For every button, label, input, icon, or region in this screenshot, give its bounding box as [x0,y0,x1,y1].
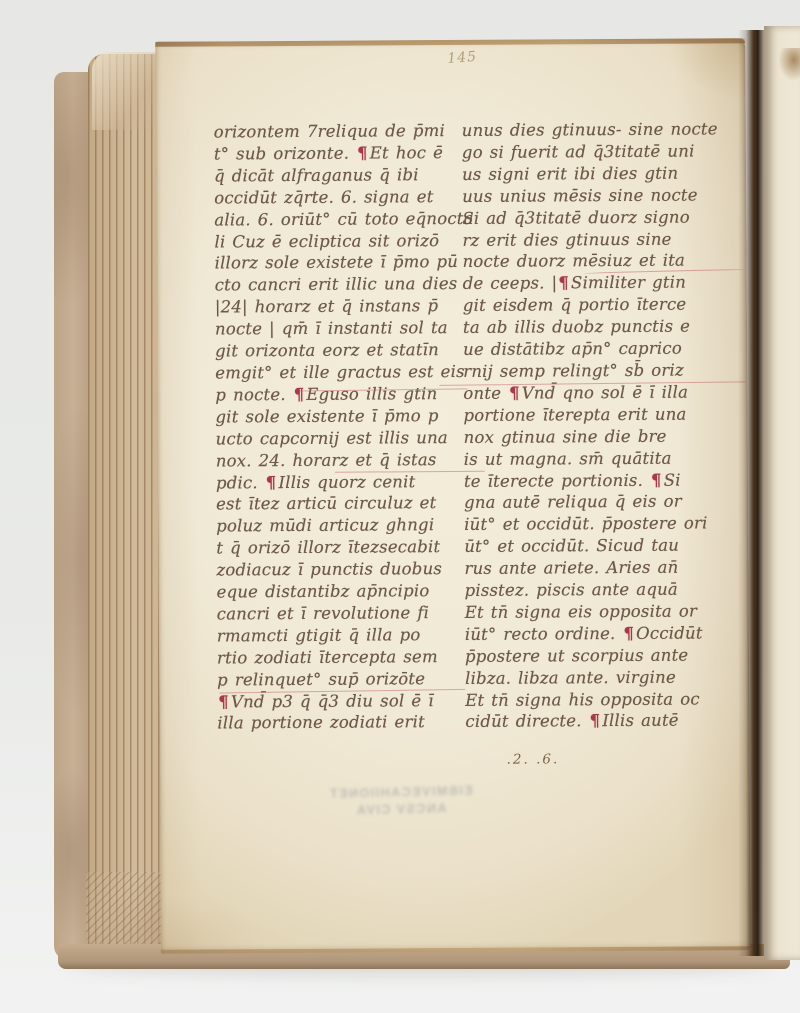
rubric-pilcrow-mark: ¶ [590,712,601,731]
rubric-pilcrow-mark: ¶ [266,473,277,492]
text-line: libza. libza ante. virgine [465,666,749,690]
text-line: ucto capcornij est illis una [216,427,464,450]
left-column: orizontem 7reliqua de p̄mit° sub orizont… [214,120,466,735]
text-line: pisstez. piscis ante aquā [465,578,749,602]
text-line: li Cuz ē ecliptica sit orizō [214,229,462,252]
text-line: ūt° et occidūt. Sicud tau [464,534,748,558]
text-line: rtio zodiati ītercepta sem [217,646,465,669]
cover-corner-fray [770,48,800,88]
rubric-pilcrow-mark: ¶ [558,274,569,293]
facing-page-sliver [764,26,800,960]
text-line: nocte | qm̄ ī instanti sol ta [215,317,463,340]
text-line: iūt° et occidūt. p̄postere ori [464,513,748,537]
text-line: git orizonta eorz et statīn [215,339,463,362]
text-line: gna autē reliqua q̄ eis or [464,491,748,515]
text-line: te īterecte portionis. ¶Si [464,469,748,493]
text-line: cto cancri erit illic una dies [215,273,463,296]
text-line: cidūt directe. ¶Illis autē [465,710,749,734]
text-line: de ceeps. |¶Similiter gtin [463,272,747,296]
text-line: orizontem 7reliqua de p̄mi [214,120,462,143]
text-line: p̄postere ut scorpius ante [465,644,749,668]
text-line: is ut magna. sm̄ quātita [464,447,748,471]
text-line: illorz sole existete ī p̄mo pū [215,251,463,274]
quire-signature-mark: .2. .6. [507,751,560,767]
text-line: uus unius mēsis sine nocte [462,184,746,208]
text-line: rus ante ariete. Aries an̄ [464,556,748,580]
text-line: Et tn̄ signa his opposita oc [465,688,749,712]
text-line: git eisdem q̄ portio īterce [463,293,747,317]
text-line: portione īterepta erit una [463,403,747,427]
text-line: est ītez articū circuluz et [216,492,464,515]
text-line: eque distantibz ap̄ncipio [217,580,465,603]
text-line: t q̄ orizō illorz ītezsecabit [216,536,464,559]
text-line: git sole existente ī p̄mo p [215,405,463,428]
text-line: nox. 24. horarz et q̄ istas [216,449,464,472]
text-line: ue distātibz ap̄n° caprico [463,337,747,361]
text-line: go si fuerit ad q̄3titatē uni [462,140,746,164]
text-line: occidūt zq̄rte. 6. signa et [214,186,462,209]
text-line: rz erit dies gtinuus sine [462,228,746,252]
text-line: Et tn̄ signa eis opposita or [465,600,749,624]
right-column: unus dies gtinuus- sine noctego si fueri… [462,118,750,733]
text-line: unus dies gtinuus- sine nocte [462,118,746,142]
manuscript-page: 145 orizontem 7reliqua de p̄mit° sub ori… [155,38,751,954]
text-line: iūt° recto ordine. ¶Occidūt [465,622,749,646]
rubric-pilcrow-mark: ¶ [623,624,634,643]
text-line: p relinquet° sup̄ orizōte [217,668,465,691]
text-line: t° sub orizonte. ¶Et hoc ē [214,142,462,165]
text-line: rnij semp relingt° sb̄ oriz [463,359,747,383]
text-line: pdic. ¶Illis quorz cenit [216,470,464,493]
text-line: us signi erit ibi dies gtin [462,162,746,186]
text-line: emgit° et ille gractus est eis [215,361,463,384]
rubric-pilcrow-mark: ¶ [357,143,368,162]
rubric-pilcrow-mark: ¶ [509,383,520,402]
text-line: ta ab illis duobz punctis e [463,315,747,339]
text-line: p nocte. ¶Eguso illis gtin [215,383,463,406]
text-line: Si ad q̄3titatē duorz signo [462,206,746,230]
text-line: poluz mūdi articuz ghngi [216,514,464,537]
text-line: illa portione zodiati erit [217,711,465,734]
text-line: rmamcti gtigit q̄ illa po [217,624,465,647]
text-line: q̄ dicāt alfraganus q̄ ibi [214,164,462,187]
text-line: zodiacuz ī punctis duobus [216,558,464,581]
text-line: alia. 6. oriūt° cū toto eq̄nocta [214,208,462,231]
rubric-pilcrow-mark: ¶ [294,385,305,404]
rubric-pilcrow-mark: ¶ [651,470,662,489]
text-line: nox gtinua sine die bre [464,425,748,449]
text-line: |24| horarz et q̄ instans p̄ [215,295,463,318]
text-line: cancri et ī revolutione fi [217,602,465,625]
text-line: ¶Vnd̄ p3 q̄ q̄3 diu sol ē ī [217,689,465,712]
stamp-show-through: EIBMIVECAHIIONET ANCSV CIVA [321,782,480,832]
rubric-pilcrow-mark: ¶ [218,692,229,711]
